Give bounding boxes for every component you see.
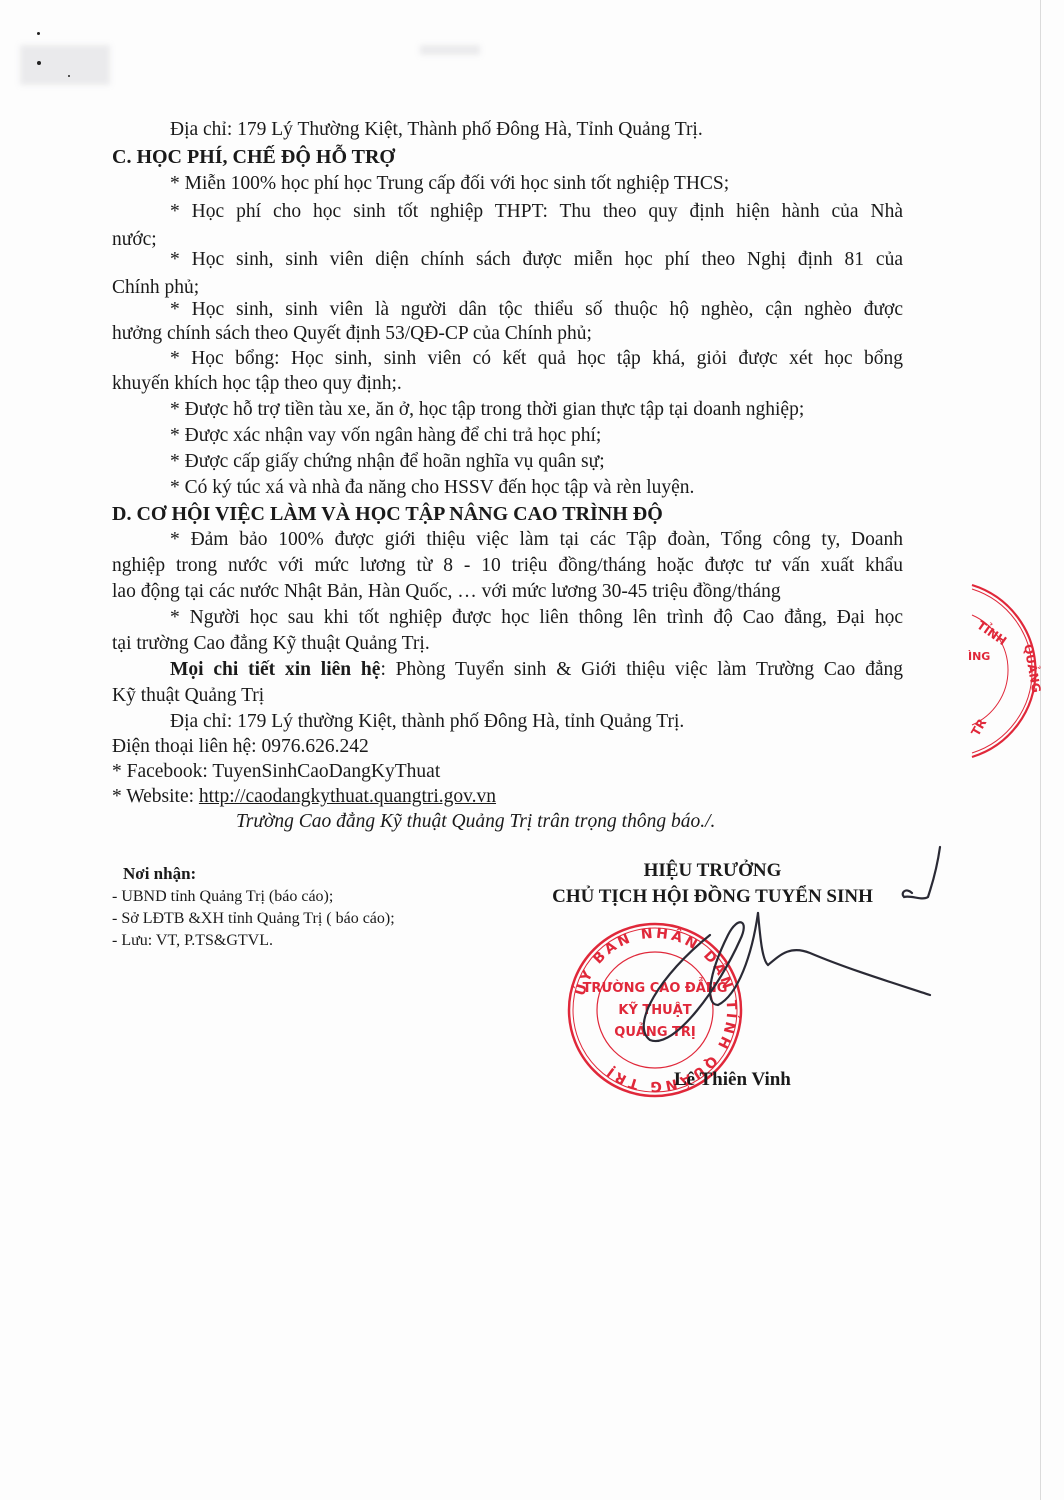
website-link[interactable]: http://caodangkythuat.quangtri.gov.vn	[199, 786, 496, 807]
contact-address: Địa chỉ: 179 Lý thường Kiệt, thành phố Đ…	[170, 710, 684, 734]
scan-smudge	[20, 45, 110, 85]
website-label: * Website:	[112, 786, 199, 807]
edge-stamp-text: TỈNH	[974, 616, 1010, 648]
contact-line-2: Kỹ thuật Quảng Trị	[112, 684, 264, 708]
section-c-line: khuyến khích học tập theo quy định;.	[112, 372, 402, 396]
section-c-line: * Có ký túc xá và nhà đa năng cho HSSV đ…	[170, 476, 694, 500]
edge-stamp-text: ÌNG	[968, 650, 990, 663]
edge-stamp-icon: TỈNH ÌNG QUẢNG TR	[960, 575, 1064, 765]
section-d-line: * Người học sau khi tốt nghiệp được học …	[170, 606, 903, 630]
top-address: Địa chỉ: 179 Lý Thường Kiệt, Thành phố Đ…	[170, 118, 703, 142]
signer-name: Lê Thiên Vinh	[674, 1068, 791, 1092]
section-c-line: hưởng chính sách theo Quyết định 53/QĐ-C…	[112, 322, 592, 346]
section-d-line: * Đảm bảo 100% được giới thiệu việc làm …	[170, 528, 903, 552]
closing-line: Trường Cao đẳng Kỹ thuật Quảng Trị trân …	[236, 810, 715, 834]
section-c-line: * Học sinh, sinh viên diện chính sách đư…	[170, 248, 903, 272]
scan-speck	[37, 61, 41, 65]
section-d-line: nghiệp trong nước với mức lương từ 8 - 1…	[112, 554, 903, 578]
section-c-line: * Được xác nhận vay vốn ngân hàng để chi…	[170, 424, 601, 448]
scan-speck	[37, 32, 40, 35]
section-c-line: * Học sinh, sinh viên là người dân tộc t…	[170, 298, 903, 322]
handwritten-signature-icon	[600, 835, 1000, 1095]
recipient-item: - UBND tỉnh Quảng Trị (báo cáo);	[112, 887, 333, 907]
edge-stamp-text: TR	[968, 716, 989, 738]
section-c-line: Chính phủ;	[112, 276, 199, 300]
recipient-item: - Sở LĐTB &XH tỉnh Quảng Trị ( báo cáo);	[112, 909, 395, 929]
scan-smudge	[420, 45, 480, 55]
section-c-heading: C. HỌC PHÍ, CHẾ ĐỘ HỖ TRỢ	[112, 145, 395, 169]
contact-text: : Phòng Tuyển sinh & Giới thiệu việc làm…	[380, 659, 903, 680]
recipients-title: Nơi nhận:	[123, 862, 196, 886]
contact-label: Mọi chi tiết xin liên hệ	[170, 659, 380, 680]
section-c-line: * Học bổng: Học sinh, sinh viên có kết q…	[170, 347, 903, 371]
contact-phone: Điện thoại liên hệ: 0976.626.242	[112, 735, 369, 759]
edge-stamp-text: QUẢNG	[1021, 643, 1045, 694]
section-c-line: * Được cấp giấy chứng nhận để hoãn nghĩa…	[170, 450, 605, 474]
document-page: Địa chỉ: 179 Lý Thường Kiệt, Thành phố Đ…	[0, 0, 1064, 1500]
section-c-line: * Học phí cho học sinh tốt nghiệp THPT: …	[170, 200, 903, 224]
contact-facebook: * Facebook: TuyenSinhCaoDangKyThuat	[112, 760, 440, 784]
contact-website-row: * Website: http://caodangkythuat.quangtr…	[112, 785, 496, 809]
scan-speck	[68, 75, 70, 77]
section-c-line: * Miễn 100% học phí học Trung cấp đối vớ…	[170, 172, 729, 196]
section-c-line: * Được hỗ trợ tiền tàu xe, ăn ở, học tập…	[170, 398, 804, 422]
section-d-line: lao động tại các nước Nhật Bản, Hàn Quốc…	[112, 580, 781, 604]
section-c-line: nước;	[112, 228, 157, 252]
contact-line: Mọi chi tiết xin liên hệ: Phòng Tuyển si…	[170, 658, 903, 682]
section-d-line: tại trường Cao đẳng Kỹ thuật Quảng Trị.	[112, 632, 430, 656]
recipient-item: - Lưu: VT, P.TS&GTVL.	[112, 931, 273, 951]
section-d-heading: D. CƠ HỘI VIỆC LÀM VÀ HỌC TẬP NÂNG CAO T…	[112, 502, 663, 526]
